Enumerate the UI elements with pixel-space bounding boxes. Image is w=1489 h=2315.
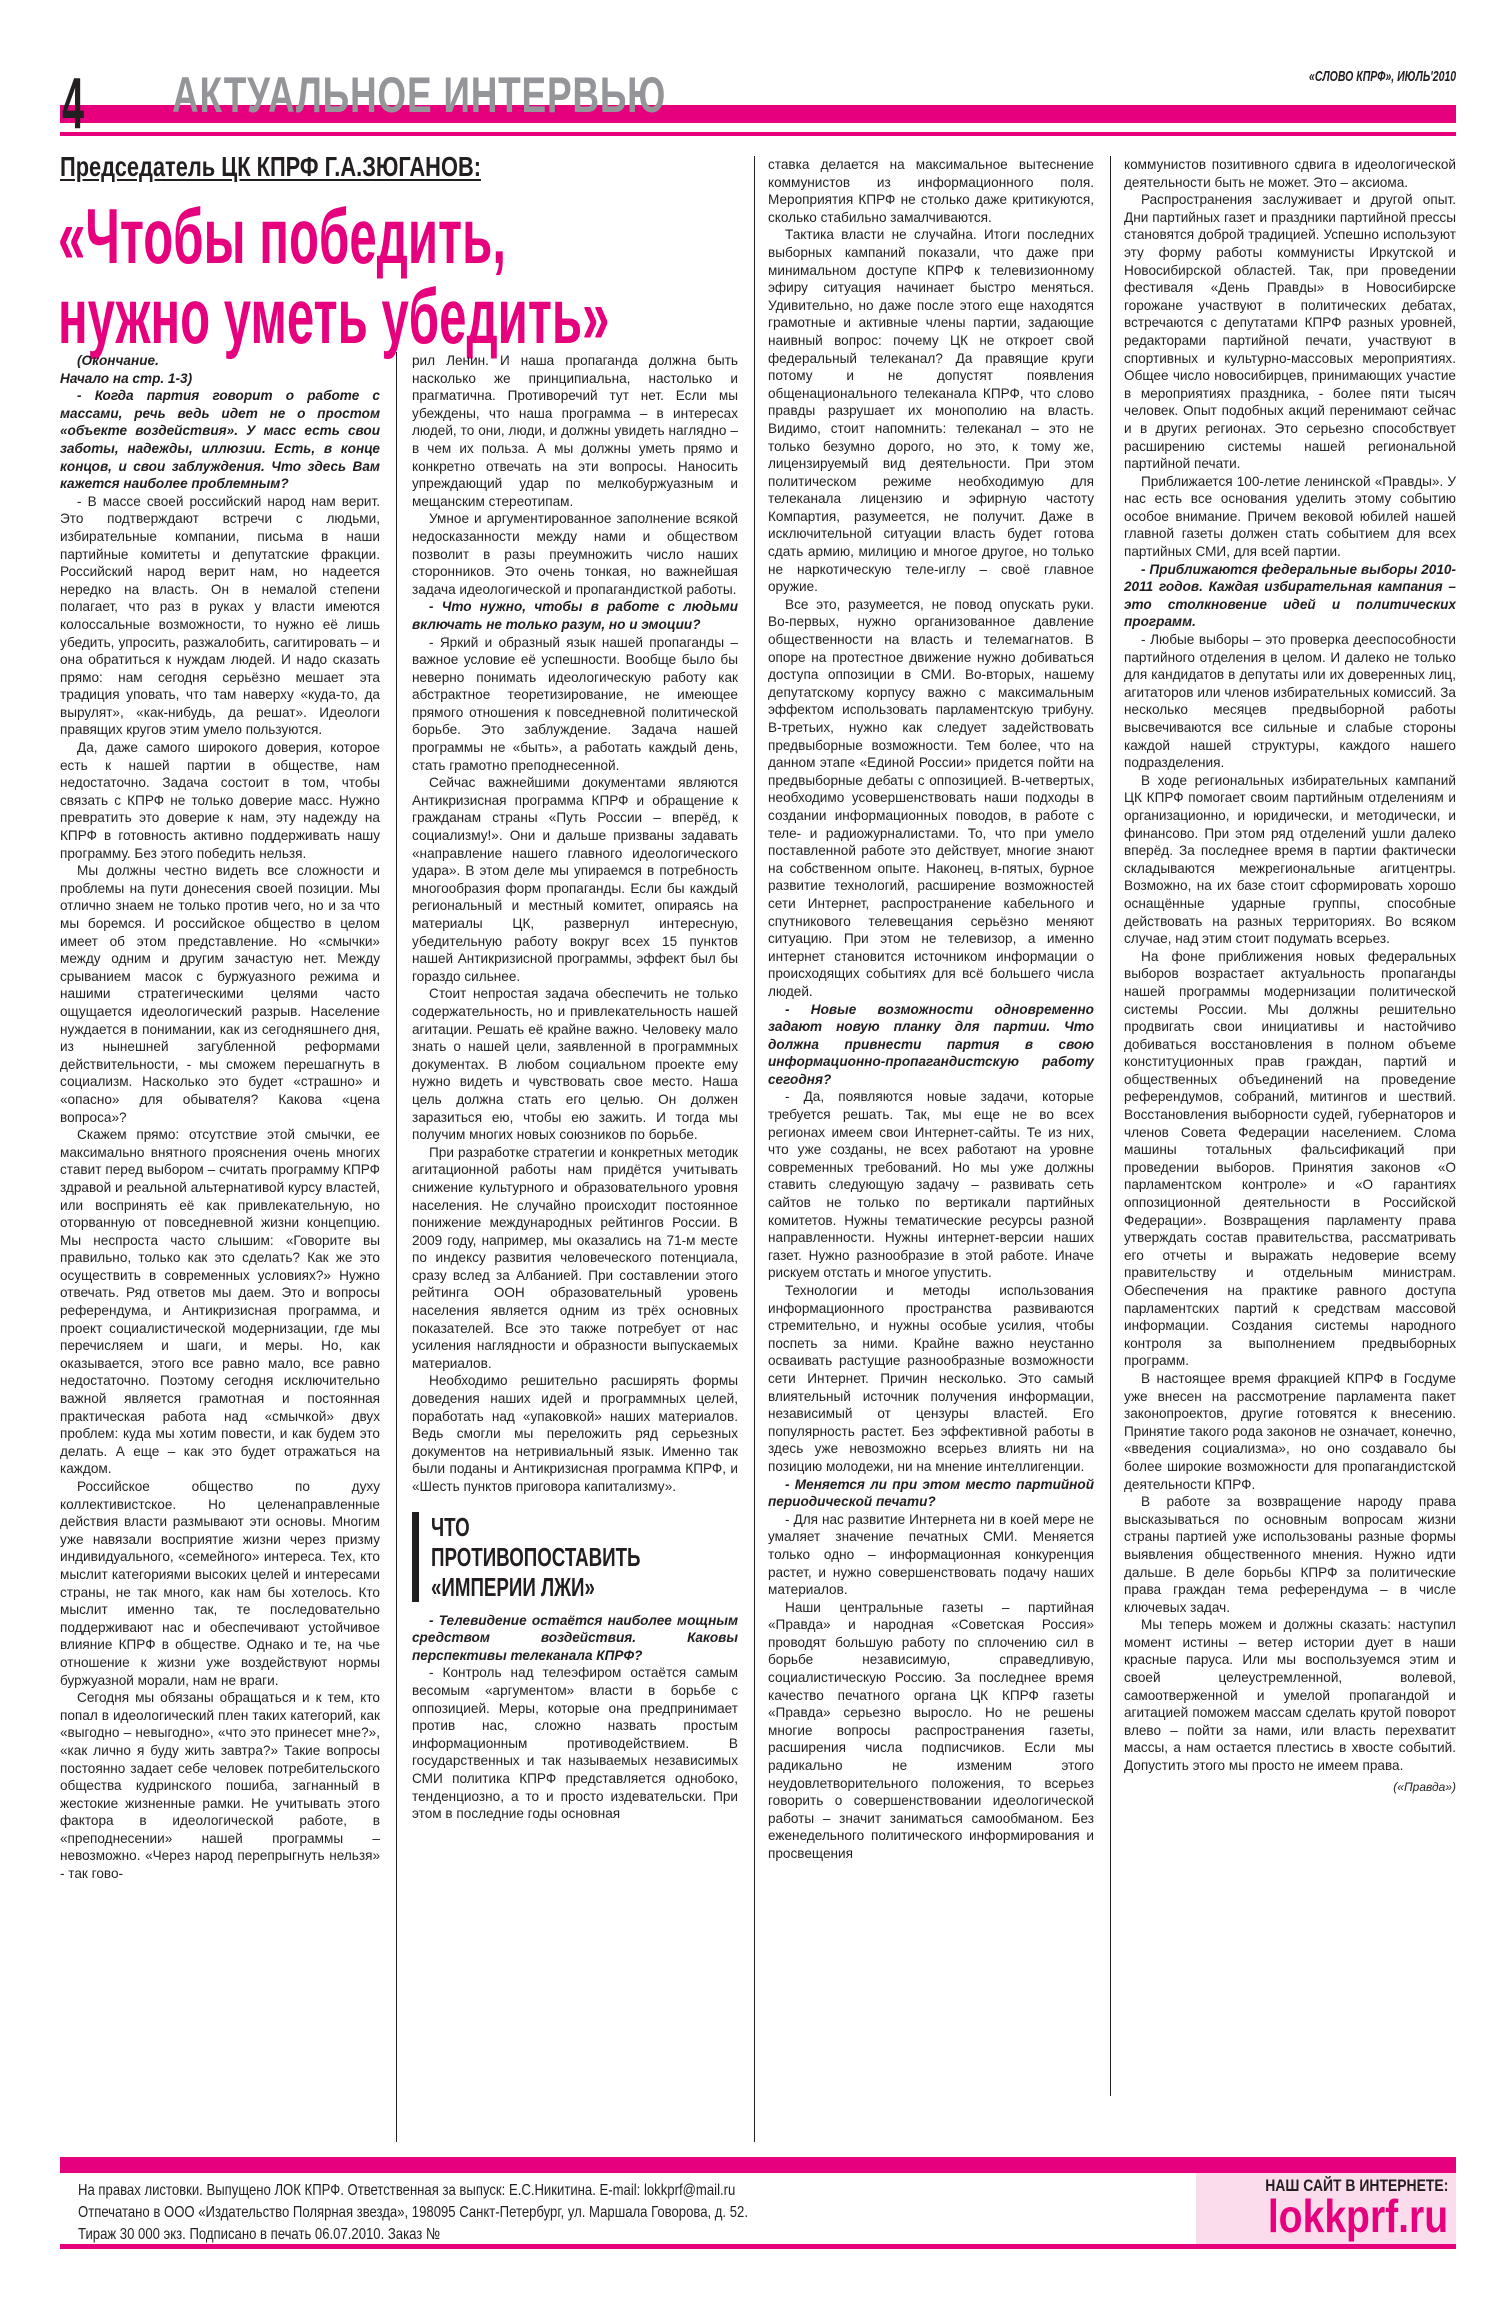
article-column-4: коммунистов позитивного сдвига в идеолог… bbox=[1124, 156, 1456, 1796]
paragraph: рил Ленин. И наша пропаганда должна быть… bbox=[412, 352, 738, 510]
paragraph: Тактика власти не случайна. Итоги послед… bbox=[768, 226, 1094, 595]
paragraph: Распространения заслуживает и другой опы… bbox=[1124, 191, 1456, 473]
column-rule bbox=[754, 156, 755, 2142]
paragraph: Приближается 100-летие ленинской «Правды… bbox=[1124, 473, 1456, 561]
paragraph: - Контроль над телеэфиром остаётся самым… bbox=[412, 1664, 738, 1822]
subheading-bar bbox=[412, 1512, 419, 1602]
paragraph: - Да, появляются новые задачи, которые т… bbox=[768, 1088, 1094, 1282]
paragraph: - В массе своей российский народ нам вер… bbox=[60, 493, 380, 739]
section-title: АКТУАЛЬНОЕ ИНТЕРВЬЮ bbox=[172, 66, 666, 124]
article-column-3: ставка делается на максимальное вытеснен… bbox=[768, 156, 1094, 1863]
paragraph: В ходе региональных избирательных кампан… bbox=[1124, 772, 1456, 948]
paragraph: - Яркий и образный язык нашей пропаганды… bbox=[412, 634, 738, 775]
masthead-pink-rule bbox=[60, 132, 1456, 136]
article-kicker: Председатель ЦК КПРФ Г.А.ЗЮГАНОВ: bbox=[60, 150, 481, 184]
paragraph: На фоне приближения новых федеральных вы… bbox=[1124, 948, 1456, 1370]
interview-question: - Приближаются федеральные выборы 2010-2… bbox=[1124, 561, 1456, 631]
column-rule bbox=[396, 352, 397, 2142]
column-rule bbox=[1110, 156, 1111, 2096]
paragraph: Умное и аргументированное заполнение вся… bbox=[412, 510, 738, 598]
subheading-line: ЧТО bbox=[431, 1512, 640, 1542]
subheading-line: «ИМПЕРИИ ЛЖИ» bbox=[431, 1572, 640, 1602]
interview-question: - Новые возможности одновременно задают … bbox=[768, 1001, 1094, 1089]
website-url-link[interactable]: lokkprf.ru bbox=[1268, 2192, 1448, 2240]
paragraph: - Для нас развитие Интернета ни в коей м… bbox=[768, 1511, 1094, 1599]
paragraph: Сегодня мы обязаны обращаться и к тем, к… bbox=[60, 1689, 380, 1883]
paragraph: Необходимо решительно расширять формы до… bbox=[412, 1372, 738, 1495]
imprint-line: Тираж 30 000 экз. Подписано в печать 06.… bbox=[78, 2224, 748, 2246]
page-number: 4 bbox=[62, 68, 84, 140]
paragraph: Все это, разумеется, не повод опускать р… bbox=[768, 596, 1094, 1001]
paragraph: Наши центральные газеты – партийная «Пра… bbox=[768, 1599, 1094, 1863]
subheading-line: ПРОТИВОПОСТАВИТЬ bbox=[431, 1542, 640, 1572]
paragraph: Стоит непростая задача обеспечить не тол… bbox=[412, 985, 738, 1143]
paragraph: Сейчас важнейшими документами являются А… bbox=[412, 774, 738, 985]
paragraph: В работе за возвращение народу права выс… bbox=[1124, 1493, 1456, 1616]
interview-question: - Меняется ли при этом место партийной п… bbox=[768, 1476, 1094, 1511]
footer-pink-rule bbox=[60, 2244, 1456, 2249]
headline-line-1: «Чтобы победить, bbox=[58, 196, 609, 276]
paragraph: Да, даже самого широкого доверия, которо… bbox=[60, 739, 380, 862]
source-credit: («Правда») bbox=[1124, 1779, 1456, 1797]
paragraph: ставка делается на максимальное вытеснен… bbox=[768, 156, 1094, 226]
masthead: 4 АКТУАЛЬНОЕ ИНТЕРВЬЮ «СЛОВО КПРФ», ИЮЛЬ… bbox=[60, 60, 1456, 140]
imprint-line: Отпечатано в ООО «Издательство Полярная … bbox=[78, 2202, 748, 2224]
paragraph: коммунистов позитивного сдвига в идеолог… bbox=[1124, 156, 1456, 191]
paragraph: При разработке стратегии и конкретных ме… bbox=[412, 1144, 738, 1373]
article-column-2: рил Ленин. И наша пропаганда должна быть… bbox=[412, 352, 738, 1823]
paragraph: Технологии и методы использования информ… bbox=[768, 1282, 1094, 1476]
issue-line: «СЛОВО КПРФ», ИЮЛЬ'2010 bbox=[1309, 68, 1456, 85]
interview-question: - Телевидение остаётся наиболее мощным с… bbox=[412, 1612, 738, 1665]
footer-pink-band bbox=[60, 2157, 1456, 2173]
article-column-1: (Окончание.Начало на стр. 1-3) - Когда п… bbox=[60, 352, 380, 1883]
paragraph: Российское общество по духу коллективист… bbox=[60, 1478, 380, 1689]
paragraph: Мы теперь можем и должны сказать: наступ… bbox=[1124, 1616, 1456, 1774]
headline-line-2: нужно уметь убедить» bbox=[58, 276, 609, 356]
imprint-line: На правах листовки. Выпущено ЛОК КПРФ. О… bbox=[78, 2180, 748, 2202]
section-subheading: ЧТО ПРОТИВОПОСТАВИТЬ «ИМПЕРИИ ЛЖИ» bbox=[412, 1512, 738, 1602]
article-headline: «Чтобы победить, нужно уметь убедить» bbox=[58, 196, 609, 356]
paragraph: В настоящее время фракцией КПРФ в Госдум… bbox=[1124, 1370, 1456, 1493]
paragraph: - Любые выборы – это проверка дееспособн… bbox=[1124, 631, 1456, 772]
imprint: На правах листовки. Выпущено ЛОК КПРФ. О… bbox=[78, 2180, 748, 2246]
continuation-note: (Окончание.Начало на стр. 1-3) bbox=[60, 352, 380, 387]
paragraph: Мы должны честно видеть все сложности и … bbox=[60, 862, 380, 1126]
interview-question: - Что нужно, чтобы в работе с людьми вкл… bbox=[412, 598, 738, 633]
interview-question: - Когда партия говорит о работе с массам… bbox=[60, 387, 380, 493]
paragraph: Скажем прямо: отсутствие этой смычки, ее… bbox=[60, 1126, 380, 1478]
